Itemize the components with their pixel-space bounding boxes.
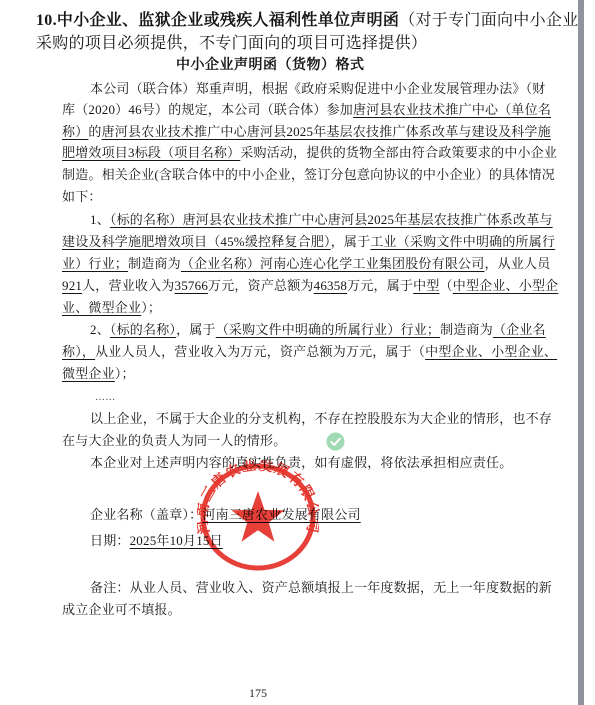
filled-blank-text: 唐河县农业技术推广中心唐河县2025年基层农技推广体系改革与建设及科学施 [102, 124, 551, 139]
doc-text: ，从业人员 [484, 256, 550, 271]
filled-blank-text: 肥增效项目3标段（项目名称） [62, 145, 240, 160]
filled-blank-text: （企业名称）河南心连心化学工业集团股份有限公司 [181, 256, 485, 271]
doc-line: 成立企业可不填报。 [62, 601, 181, 618]
doc-text: 企业名称（盖章）： [90, 507, 202, 522]
company-seal-stamp: 河南三唐农业发展有限公司 [197, 460, 319, 578]
doc-text: 采购活动，提供的货物全部由符合政策要求的中小企业 [240, 145, 557, 160]
doc-text: 本公司（联合体）郑重声明，根据《政府采购促进中小企业发展管理办法》（财 [90, 81, 546, 96]
document-page: 10.中小企业、监狱企业或残疾人福利性单位声明函（对于专门面向中小企业采购的项目… [0, 0, 595, 705]
doc-line: 建设及科学施肥增效项目（45%缓控释复合肥），属于工业（采购文件中明确的所属行 [62, 233, 555, 250]
doc-line: 本公司（联合体）郑重声明，根据《政府采购促进中小企业发展管理办法》（财 [90, 80, 546, 97]
doc-line: 1、（标的名称）唐河县农业技术推广中心唐河县2025年基层农技推广体系改革与 [90, 211, 553, 228]
doc-text: 日期： [90, 533, 130, 548]
doc-text: 在与大企业的负责人为同一人的情形。 [62, 433, 286, 448]
doc-text: （ [440, 278, 453, 293]
doc-text: 成立企业可不填报。 [62, 602, 181, 617]
doc-line: 库（2020）46号）的规定，本公司（联合体）参加唐河县农业技术推广中心（单位名 [62, 101, 551, 118]
doc-line: 制造。相关企业(含联合体中的中小企业，签订分包意向协议的中小企业）的具体情况 [62, 166, 555, 183]
doc-text: 备注：从业人员、营业收入、资产总额填报上一年度数据，无上一年度数据的新 [90, 580, 552, 595]
doc-line: 如下： [62, 188, 102, 205]
filled-blank-text: 中型企业、小型企业、 [425, 344, 557, 359]
filled-blank-text: 中型 [413, 278, 439, 293]
check-icon [326, 432, 345, 451]
doc-line: 中小企业声明函（货物）格式 [176, 57, 365, 74]
doc-line: 备注：从业人员、营业收入、资产总额填报上一年度数据，无上一年度数据的新 [90, 579, 552, 596]
page-number: 175 [230, 686, 286, 701]
filled-blank-text: 业）行业； [62, 256, 128, 271]
doc-text: ，属于 [176, 322, 216, 337]
doc-line: 在与大企业的负责人为同一人的情形。 [62, 432, 286, 449]
filled-blank-text: 中型企业、小型企 [453, 278, 559, 293]
scrollbar[interactable] [578, 0, 584, 705]
doc-text: 人，营业收入为 [82, 278, 174, 293]
doc-text: 库（2020）46号）的规定，本公司（联合体）参加 [62, 102, 353, 117]
doc-text: 制造商为 [128, 256, 181, 271]
filled-blank-text: 业、微型企业 [62, 300, 141, 315]
doc-line: 称）的唐河县农业技术推广中心唐河县2025年基层农技推广体系改革与建设及科学施 [62, 123, 551, 140]
filled-blank-text: （采购文件中明确的所属行业）行业； [216, 322, 440, 337]
doc-text: 2、 [90, 322, 110, 337]
doc-text: （对于专门面向中小企业 [399, 12, 578, 29]
filled-blank-text: 35766 [175, 278, 209, 293]
filled-blank-text: （标的名称） [110, 322, 176, 337]
filled-blank-text: 称） [62, 124, 88, 139]
doc-text: ）； [115, 366, 135, 381]
filled-blank-text: 微型企业 [62, 366, 115, 381]
doc-text: ）； [141, 300, 161, 315]
doc-line: 10.中小企业、监狱企业或残疾人福利性单位声明函（对于专门面向中小企业 [36, 12, 579, 29]
doc-text: 万元，资产总额为 [208, 278, 314, 293]
doc-line: 以上企业，不属于大企业的分支机构，不存在控股股东为大企业的情形，也不存 [90, 410, 552, 427]
filled-blank-text: （标的名称）唐河县农业技术推广中心唐河县2025年基层农技推广体系改革与 [110, 212, 553, 227]
filled-blank-text: （企业名 [493, 322, 546, 337]
filled-blank-text: 921 [62, 278, 82, 293]
doc-line: …… [95, 389, 115, 406]
filled-blank-text: 称）， [62, 344, 95, 359]
filled-blank-text: 46358 [314, 278, 348, 293]
doc-text: ，属于 [331, 234, 371, 249]
doc-text: 的 [88, 124, 101, 139]
doc-text: 采购的项目必须提供，不专门面向的项目可选择提供） [36, 35, 427, 52]
filled-blank-text: 工业（采购文件中明确的所属行 [370, 234, 555, 249]
doc-line: 业）行业；制造商为（企业名称）河南心连心化学工业集团股份有限公司，从业人员 [62, 255, 550, 272]
doc-line: 业、微型企业）； [62, 299, 161, 316]
doc-line: 2、（标的名称），属于（采购文件中明确的所属行业）行业；制造商为（企业名 [90, 321, 546, 338]
doc-text: 1、 [90, 212, 110, 227]
doc-line: 采购的项目必须提供，不专门面向的项目可选择提供） [36, 35, 427, 52]
doc-text: 以上企业，不属于大企业的分支机构，不存在控股股东为大企业的情形，也不存 [90, 411, 552, 426]
filled-blank-text: 建设及科学施肥增效项目（45%缓控释复合肥） [62, 234, 331, 249]
doc-line: 921人，营业收入为35766万元，资产总额为46358万元，属于中型（中型企业… [62, 277, 558, 294]
seal-graphic: 河南三唐农业发展有限公司 [197, 460, 319, 568]
doc-line: 称），从业人员人，营业收入为万元，资产总额为万元，属于（中型企业、小型企业、 [62, 343, 557, 360]
doc-text: 10.中小企业、监狱企业或残疾人福利性单位声明函 [36, 12, 399, 29]
doc-text: 制造商为 [440, 322, 493, 337]
doc-text: …… [95, 392, 115, 403]
doc-line: 微型企业）； [62, 365, 135, 382]
doc-text: 从业人员人，营业收入为万元，资产总额为万元，属于（ [95, 344, 425, 359]
doc-line: 肥增效项目3标段（项目名称）采购活动，提供的货物全部由符合政策要求的中小企业 [62, 144, 557, 161]
doc-text: 如下： [62, 189, 102, 204]
doc-text: 制造。相关企业(含联合体中的中小企业，签订分包意向协议的中小企业）的具体情况 [62, 167, 555, 182]
seal-star-icon [231, 491, 284, 542]
doc-text: 中小企业声明函（货物）格式 [176, 58, 365, 73]
doc-text: 万元，属于 [347, 278, 413, 293]
filled-blank-text: 唐河县农业技术推广中心（单位名 [353, 102, 551, 117]
